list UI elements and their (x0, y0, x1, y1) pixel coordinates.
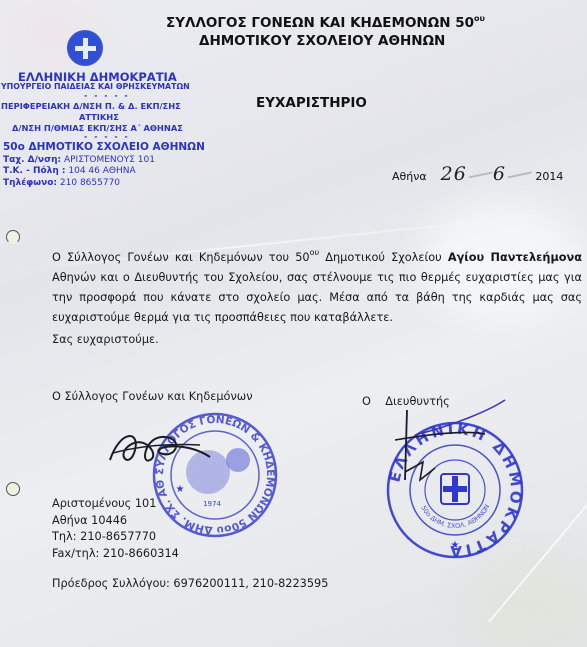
paper-highlight (470, 560, 587, 647)
handwritten-dash (506, 166, 531, 179)
letterhead-separator: - - - - - (84, 132, 130, 141)
date-place: Αθήνα (392, 170, 427, 183)
address-value: ΑΡΙΣΤΟΜΕΝΟΥΣ 101 (64, 155, 155, 165)
letterhead-city: Τ.Κ. - Πόλη : 104 46 ΑΘΗΝΑ (3, 166, 136, 176)
punch-hole (6, 230, 20, 244)
svg-text:1974: 1974 (203, 500, 221, 508)
association-contact: Αριστομένους 101 Αθήνα 10446 Τηλ: 210-86… (52, 496, 179, 562)
association-signature (105, 425, 215, 475)
letterhead-line: ΥΠΟΥΡΓΕΙΟ ΠΑΙΔΕΙΑΣ ΚΑΙ ΘΡΗΣΚΕΥΜΑΤΩΝ (1, 82, 190, 91)
address-label: Ταχ. Δ/νση: (3, 155, 61, 165)
school-name: Αγίου Παντελεήμονα (448, 251, 582, 264)
letterhead-line: ΠΕΡΙΦΕΡΕΙΑΚΗ Δ/ΝΣΗ Π. & Δ. ΕΚΠ/ΣΗΣ (1, 101, 181, 111)
greek-coat-of-arms-icon (67, 30, 103, 66)
association-header-line2: ΔΗΜΟΤΙΚΟΥ ΣΧΟΛΕΙΟΥ ΑΘΗΝΩΝ (199, 33, 445, 49)
president-contact: Πρόεδρος Συλλόγου: 6976200111, 210-82235… (52, 577, 328, 590)
date-year: 2014 (535, 170, 563, 183)
date-day: 26 (441, 163, 467, 185)
contact-address: Αριστομένους 101 (52, 496, 179, 513)
svg-text:★: ★ (451, 540, 460, 551)
letterhead-school-name: 50ο ΔΗΜΟΤΙΚΟ ΣΧΟΛΕΙΟ ΑΘΗΝΩΝ (3, 141, 205, 153)
date-line: Αθήνα 266 2014 (392, 163, 563, 185)
letter-body: Ο Σύλλογος Γονέων και Κηδεμόνων του 50ου… (52, 243, 582, 328)
svg-text:★: ★ (176, 484, 185, 495)
director-signature (395, 400, 515, 490)
document-title: ΕΥΧΑΡΙΣΤΗΡΙΟ (256, 95, 367, 111)
association-header: ΣΥΛΛΟΓΟΣ ΓΟΝΕΩΝ ΚΑΙ ΚΗΔΕΜΟΝΩΝ 50ου (166, 14, 485, 31)
closing-line: Σας ευχαριστούμε. (52, 333, 159, 346)
punch-hole (6, 482, 20, 496)
body-paragraph: Ο Σύλλογος Γονέων και Κηδεμόνων του 50ου… (52, 243, 582, 328)
letterhead-separator: - - - - - (84, 91, 130, 100)
contact-fax: Fax/τηλ: 210-8660314 (52, 546, 179, 563)
association-signature-label: Ο Σύλλογος Γονέων και Κηδεμόνων (52, 390, 253, 403)
city-label: Τ.Κ. - Πόλη : (3, 166, 66, 176)
letterhead-address: Ταχ. Δ/νση: ΑΡΙΣΤΟΜΕΝΟΥΣ 101 (3, 155, 155, 165)
contact-city: Αθήνα 10446 (52, 513, 179, 530)
date-month: 6 (493, 163, 506, 185)
handwritten-dash (467, 166, 492, 179)
contact-phone: Τηλ: 210-8657770 (52, 529, 179, 546)
city-value: 104 46 ΑΘΗΝΑ (68, 166, 135, 176)
letterhead-phone: Τηλέφωνο: 210 8655770 (3, 178, 120, 188)
phone-value: 210 8655770 (60, 178, 120, 188)
phone-label: Τηλέφωνο: (3, 178, 57, 188)
letterhead-line: ΑΤΤΙΚΗΣ (79, 112, 119, 122)
